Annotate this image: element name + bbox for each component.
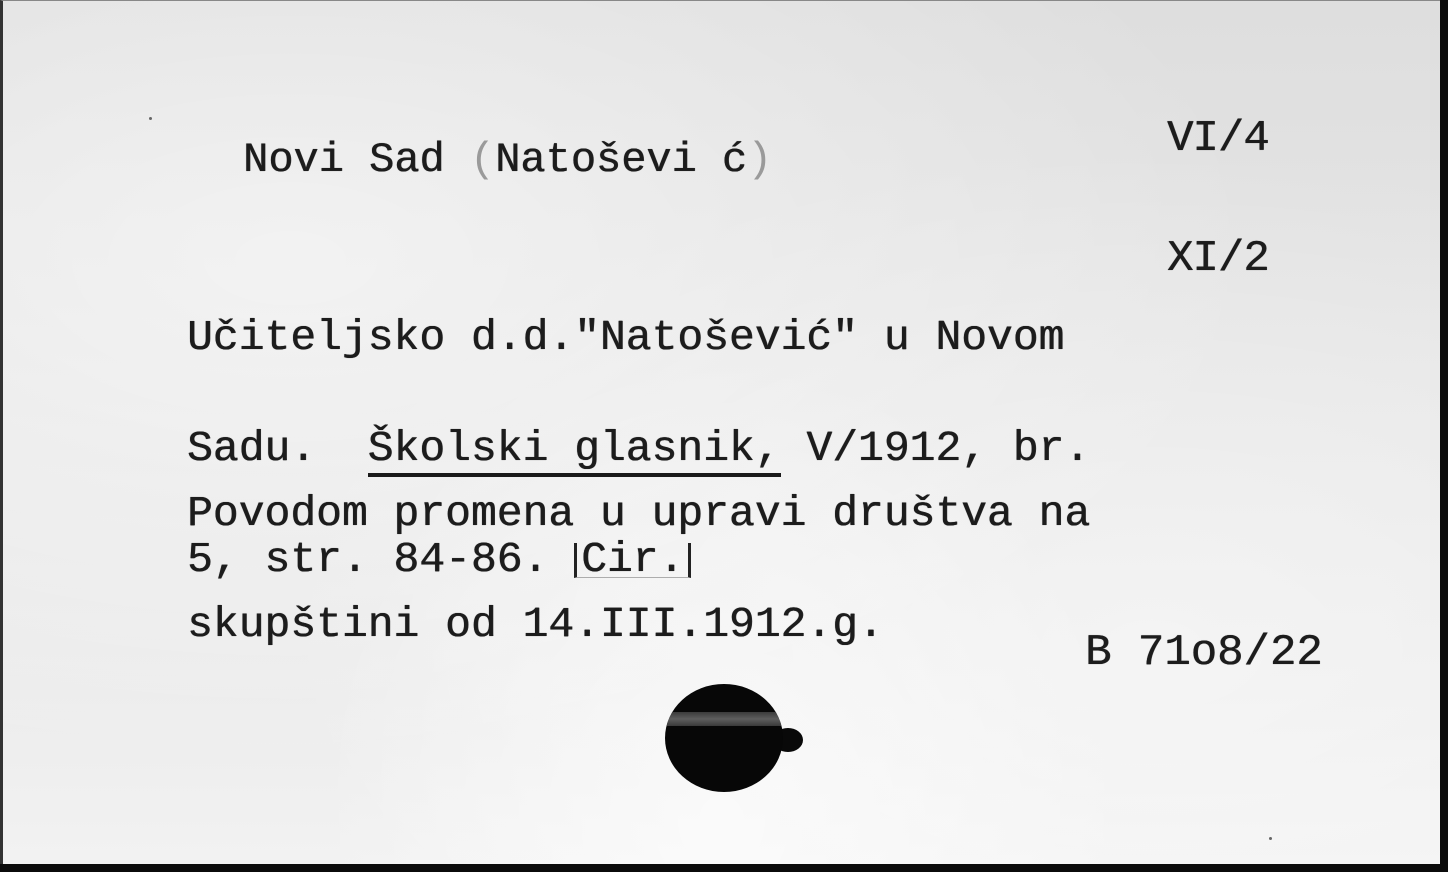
call-number: VI/4 XI/2 — [1167, 39, 1269, 359]
heading-place: Novi Sad — [243, 136, 445, 184]
punch-hole — [665, 684, 783, 792]
shelf-mark: B 71o8/22 — [1085, 629, 1323, 677]
scan-border-right — [1440, 0, 1448, 872]
note-line-2: skupštini od 14.III.1912.g. — [187, 606, 1090, 643]
card-heading: Novi Sad (Natoševi ć) — [243, 137, 772, 183]
annotation-note: Povodom promena u upravi društva na skup… — [187, 421, 1090, 717]
heading-subject: Natoševi ć — [495, 136, 747, 184]
scan-border-bottom — [0, 864, 1448, 872]
paper-speck — [149, 117, 152, 120]
catalog-card: VI/4 XI/2 Novi Sad (Natoševi ć) Učiteljs… — [0, 0, 1440, 864]
heading-paren-open: ( — [470, 136, 495, 184]
call-number-line-1: VI/4 — [1167, 119, 1269, 159]
note-line-1: Povodom promena u upravi društva na — [187, 495, 1090, 532]
heading-paren-close: ) — [747, 136, 772, 184]
call-number-line-2: XI/2 — [1167, 239, 1269, 279]
paper-speck — [1269, 837, 1272, 840]
entry-line-1: Učiteljsko d.d."Natošević" u Novom — [187, 319, 1090, 356]
